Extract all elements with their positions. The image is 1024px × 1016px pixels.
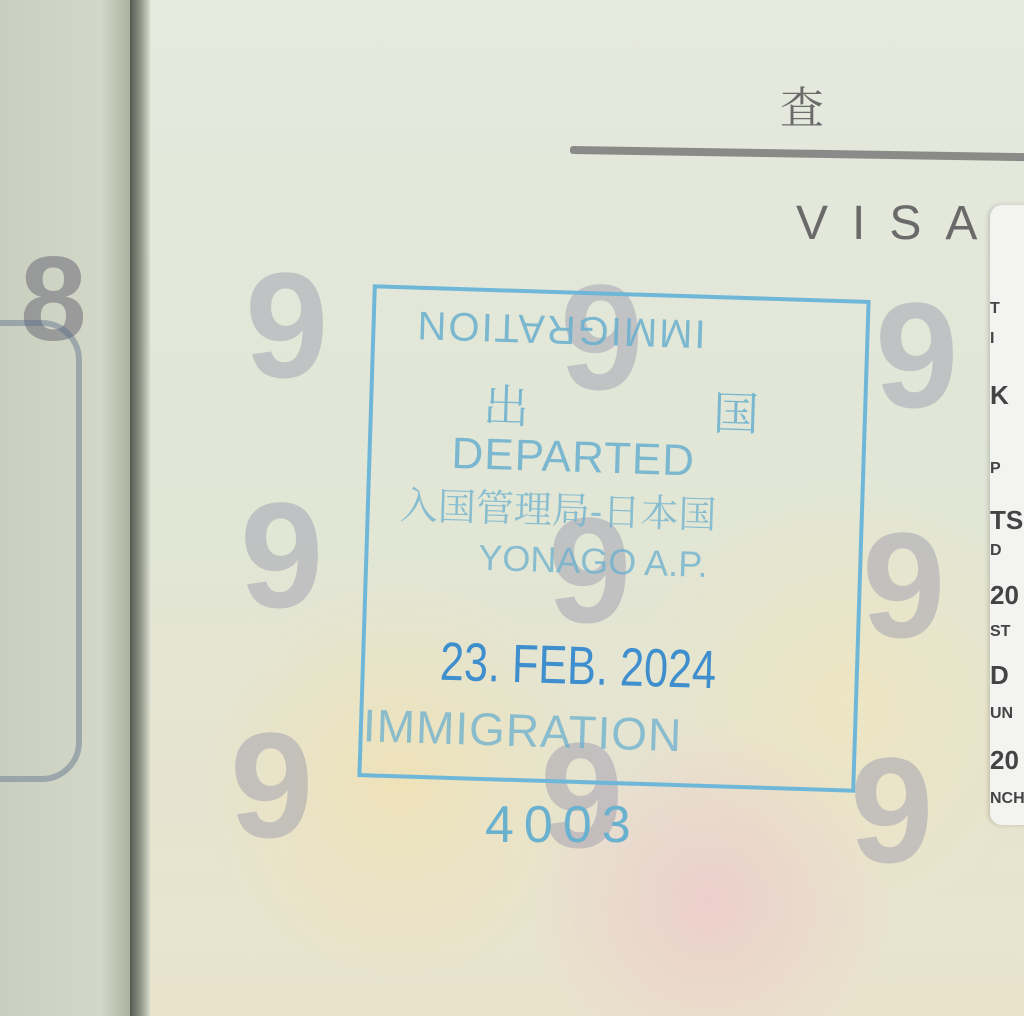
immigration-stamp: IMMIGRATION 出 国 DEPARTED 入国管理局-日本国 YONAG… (357, 284, 870, 792)
sticker-text: P (990, 460, 1001, 478)
sticker-text: K (990, 380, 1009, 411)
stamp-kanji-out: 出 (482, 370, 530, 437)
sticker-text: D (990, 660, 1009, 691)
partial-stamp-left (0, 320, 82, 782)
watermark-digit: 9 (875, 280, 958, 430)
sticker-text: I (990, 330, 994, 348)
stamp-header-inverted: IMMIGRATION (415, 302, 706, 356)
watermark-digit: 9 (230, 710, 313, 860)
passport-binding (130, 0, 150, 1016)
watermark-digit: 9 (245, 250, 328, 400)
sticker-text: UN (990, 705, 1013, 723)
sticker-text: 20 (990, 580, 1019, 611)
stamp-port: YONAGO A.P. (478, 537, 709, 586)
sticker-text: D (990, 542, 1002, 560)
page-title-kanji: 査 (780, 72, 824, 136)
sticker-text: TS (990, 505, 1023, 536)
sticker-text: 20 (990, 745, 1019, 776)
watermark-digit: 9 (862, 510, 945, 660)
visa-label: VISA (796, 196, 1001, 251)
stamp-bureau: 入国管理局-日本国 (399, 474, 717, 539)
sticker-text: T (990, 300, 1000, 318)
sticker-text: NCH (990, 790, 1024, 808)
stamp-date: 23. FEB. 2024 (439, 631, 717, 702)
left-passport-page: 8 (0, 0, 145, 1016)
officer-number: 4003 (485, 795, 641, 855)
stamp-kanji-country: 国 (712, 377, 760, 444)
sticker-text: ST (990, 623, 1010, 641)
watermark-digit: 9 (240, 480, 323, 630)
watermark-digit: 9 (850, 735, 933, 885)
stamp-footer: IMMIGRATION (362, 698, 683, 762)
visa-sticker-edge: T I K P TS D 20 ST D UN 20 NCH (990, 205, 1024, 825)
